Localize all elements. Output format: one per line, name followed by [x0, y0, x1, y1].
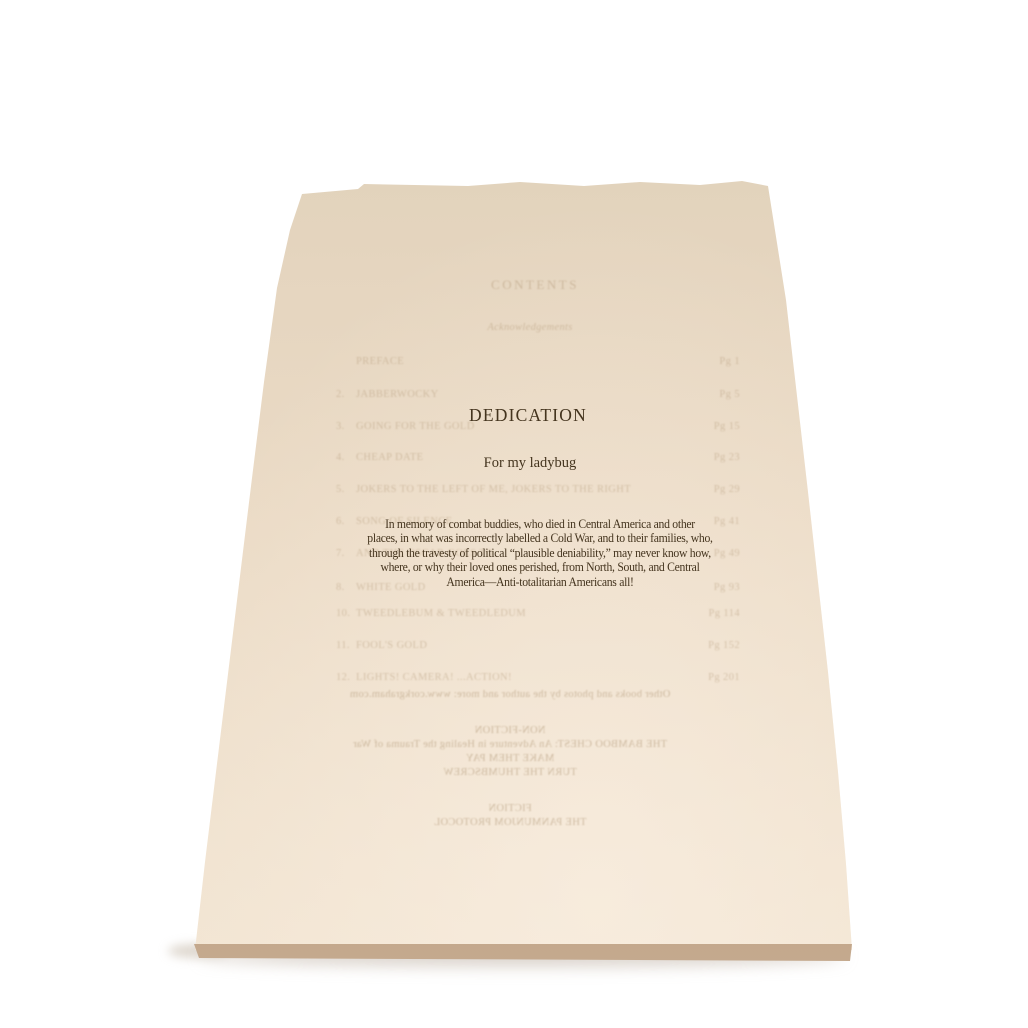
paragraph-line: places, in what was incorrectly labelled…: [329, 531, 751, 545]
paragraph-line: through the travesty of political “plaus…: [329, 546, 751, 560]
ghost-contents-row: PREFACE Pg 1: [336, 356, 740, 367]
ghost-contents-row: 11. FOOL'S GOLD Pg 152: [336, 640, 740, 651]
ghost-back-title: MAKE THEM PAY: [285, 752, 735, 766]
ghost-back-title: THE PANMUNJOM PROTOCOL: [285, 816, 735, 830]
ghost-back-title: TURN THE THUMBSCREW: [285, 766, 735, 780]
book-page: [0, 0, 1028, 1028]
dedication-title: DEDICATION: [408, 405, 648, 426]
ghost-back-gap: [285, 780, 735, 802]
ghost-back-fiction-header: FICTION: [285, 802, 735, 816]
ghost-contents-title: CONTENTS: [435, 277, 635, 293]
ghost-back-title: THE BAMBOO CHEST: An Adventure in Healin…: [285, 738, 735, 752]
paragraph-line: where, or why their loved ones perished,…: [329, 560, 751, 574]
ghost-contents-row: 12. LIGHTS! CAMERA! ...ACTION! Pg 201: [336, 672, 740, 683]
book-photo: CONTENTS Acknowledgements PREFACE Pg 1 2…: [0, 0, 1028, 1028]
dedication-paragraph: In memory of combat buddies, who died in…: [329, 517, 751, 589]
paragraph-line: America—Anti-totalitarian Americans all!: [329, 575, 751, 589]
ghost-back-page: Other books and photos by the author and…: [285, 688, 735, 830]
ghost-contents-row: 2. JABBERWOCKY Pg 5: [336, 389, 740, 400]
ghost-back-nonfiction-header: NON-FICTION: [285, 724, 735, 738]
dedication-line: For my ladybug: [410, 455, 650, 472]
ghost-back-tagline: Other books and photos by the author and…: [285, 688, 735, 702]
ghost-contents-row: 10. TWEEDLEBUM & TWEEDLEDUM Pg 114: [336, 608, 740, 619]
ghost-contents-subtitle: Acknowledgements: [430, 322, 630, 333]
paragraph-line: In memory of combat buddies, who died in…: [329, 517, 751, 531]
ghost-contents-row: 5. JOKERS TO THE LEFT OF ME, JOKERS TO T…: [336, 484, 740, 495]
